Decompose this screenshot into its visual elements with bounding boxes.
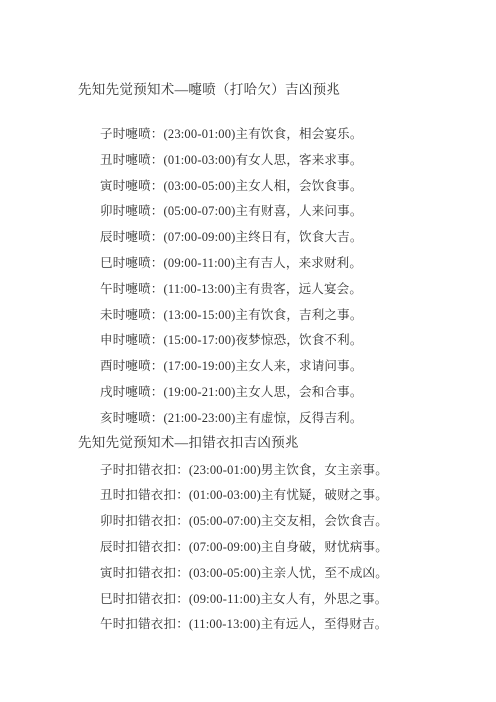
entry-line: 子时扣错衣扣：(23:00-01:00)男主饮食，女主亲事。 — [0, 458, 496, 484]
document-page: 先知先觉预知术—嚏喷（打哈欠）吉凶预兆 子时嚏喷：(23:00-01:00)主有… — [0, 0, 496, 702]
entry-line: 戌时嚏喷：(19:00-21:00)主女人思，会和合事。 — [0, 380, 496, 406]
entry-line: 卯时扣错衣扣：(05:00-07:00)主交友相，会饮食吉。 — [0, 509, 496, 535]
entry-line: 酉时嚏喷：(17:00-19:00)主女人来，求请问事。 — [0, 354, 496, 380]
entry-line: 辰时嚏喷：(07:00-09:00)主终日有，饮食大吉。 — [0, 225, 496, 251]
sneeze-entry-list: 子时嚏喷：(23:00-01:00)主有饮食，相会宴乐。 丑时嚏喷：(01:00… — [0, 122, 496, 432]
entry-line: 午时嚏喷：(11:00-13:00)主有贵客，远人宴会。 — [0, 277, 496, 303]
section-sneeze-omens: 先知先觉预知术—嚏喷（打哈欠）吉凶预兆 子时嚏喷：(23:00-01:00)主有… — [0, 0, 496, 432]
misbutton-entry-list: 子时扣错衣扣：(23:00-01:00)男主饮食，女主亲事。 丑时扣错衣扣：(0… — [0, 458, 496, 639]
section-misbutton-omens: 先知先觉预知术—扣错衣扣吉凶预兆 子时扣错衣扣：(23:00-01:00)男主饮… — [0, 432, 496, 639]
entry-line: 子时嚏喷：(23:00-01:00)主有饮食，相会宴乐。 — [0, 122, 496, 148]
entry-line: 亥时嚏喷：(21:00-23:00)主有虚惊，反得吉利。 — [0, 406, 496, 432]
entry-line: 辰时扣错衣扣：(07:00-09:00)主自身破，财忧病事。 — [0, 535, 496, 561]
entry-line: 丑时扣错衣扣：(01:00-03:00)主有忧疑，破财之事。 — [0, 483, 496, 509]
section-title-sneeze: 先知先觉预知术—嚏喷（打哈欠）吉凶预兆 — [0, 0, 496, 98]
entry-line: 午时扣错衣扣：(11:00-13:00)主有远人，至得财吉。 — [0, 612, 496, 638]
entry-line: 巳时嚏喷：(09:00-11:00)主有吉人，来求财利。 — [0, 251, 496, 277]
entry-line: 寅时扣错衣扣：(03:00-05:00)主亲人忧，至不成凶。 — [0, 561, 496, 587]
entry-line: 卯时嚏喷：(05:00-07:00)主有财喜，人来问事。 — [0, 199, 496, 225]
entry-line: 未时嚏喷：(13:00-15:00)主有饮食，吉利之事。 — [0, 303, 496, 329]
entry-line: 寅时嚏喷：(03:00-05:00)主女人相，会饮食事。 — [0, 174, 496, 200]
section-title-misbutton: 先知先觉预知术—扣错衣扣吉凶预兆 — [0, 432, 496, 451]
entry-line: 巳时扣错衣扣：(09:00-11:00)主女人有，外思之事。 — [0, 587, 496, 613]
entry-line: 丑时嚏喷：(01:00-03:00)有女人思，客来求事。 — [0, 148, 496, 174]
entry-line: 申时嚏喷：(15:00-17:00)夜梦惊恐，饮食不利。 — [0, 328, 496, 354]
